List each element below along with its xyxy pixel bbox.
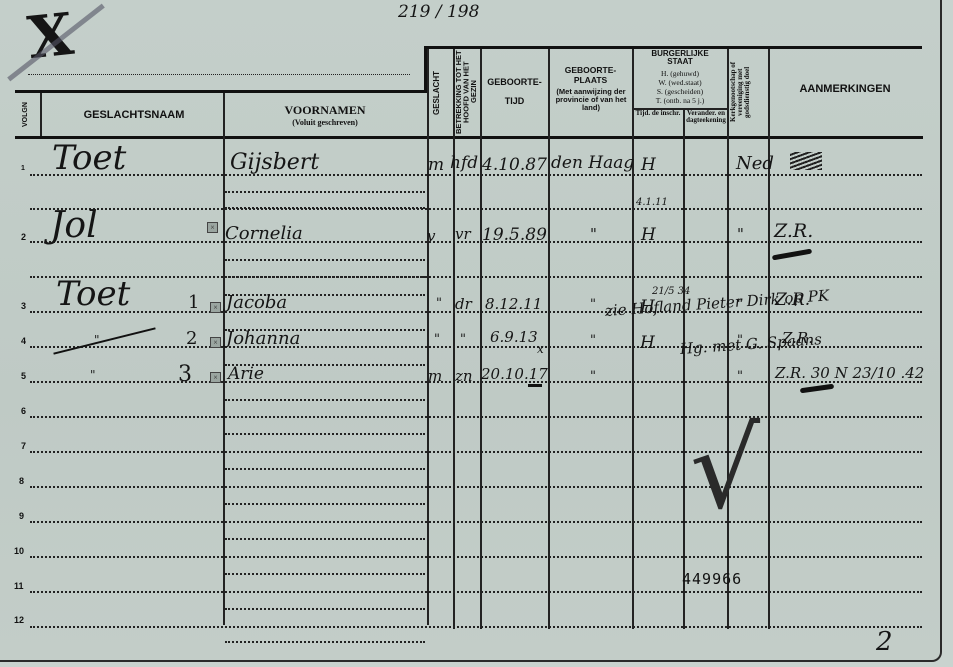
- row2-church: ": [737, 225, 744, 243]
- row-number: 7: [21, 441, 26, 451]
- row2-status: H: [641, 225, 656, 245]
- page-number: 2: [876, 627, 893, 657]
- row-number: 5: [21, 371, 26, 381]
- row1-birthdate: 4.10.87: [482, 155, 547, 175]
- header-bs-h: H. (gehuwd): [633, 70, 727, 78]
- row1-birthplace: den Haag: [551, 153, 634, 173]
- row-number: 4: [21, 336, 26, 346]
- stamp-number: 449966: [682, 570, 742, 588]
- check-mark: √: [690, 405, 760, 533]
- row5-relation: zn: [455, 367, 473, 385]
- header-voornamen-sub: (Voluit geschreven): [225, 119, 425, 127]
- row-rule: [30, 556, 922, 558]
- row1-firstname: Gijsbert: [230, 150, 319, 175]
- row4-relation: ": [460, 332, 466, 347]
- checkbox-marked: ×: [210, 372, 221, 383]
- row-number: 1: [21, 165, 25, 172]
- sub-row-rule: [225, 468, 425, 470]
- row5-underline-mark: [800, 384, 834, 394]
- reference-number: 219 / 198: [398, 2, 479, 22]
- header-bs-w: W. (wed.staat): [633, 79, 727, 87]
- header-aanmerkingen: AANMERKINGEN: [770, 84, 920, 96]
- header-bs-tijd: Tijd. de inschr.: [633, 110, 683, 117]
- row4-status: H: [640, 333, 655, 353]
- row3-firstname: Jacoba: [226, 292, 287, 313]
- row-number: 2: [21, 232, 26, 242]
- sub-row-rule: [225, 191, 425, 193]
- row1-surname: Toet: [52, 138, 126, 178]
- row5-firstname: Arie: [228, 364, 264, 384]
- row1-relation: hfd: [450, 153, 478, 173]
- row5-birthplace: ": [590, 369, 596, 384]
- row1-gender: m: [428, 155, 444, 175]
- row4-annotation: Hg. met G. Spaans: [679, 330, 822, 358]
- sub-row-rule: [225, 399, 425, 401]
- row2-birthplace: ": [590, 225, 597, 243]
- row1-status: H: [641, 155, 656, 175]
- row2-underline-mark: [772, 249, 812, 261]
- row5-remark: Z.R. 30 N 23/10 .42: [775, 364, 924, 382]
- row4-birthdate: 6.9.13: [490, 328, 538, 346]
- header-kerkgenootschap: Kerkgenootschap of vereeniging met godsd…: [730, 50, 766, 134]
- header-geboortetijd-2: TIJD: [481, 97, 548, 106]
- header-geboortetijd-1: GEBOORTE-: [481, 78, 548, 87]
- row2-firstname: Cornelia: [225, 223, 303, 244]
- sub-row-rule: [225, 259, 425, 261]
- row-rule: [30, 591, 922, 593]
- row2-status-date: 4.1.11: [636, 197, 668, 208]
- row-number: 6: [21, 406, 26, 416]
- row-number: 11: [14, 581, 24, 591]
- row4-birthplace: ": [590, 333, 596, 348]
- row2-gender: v: [427, 227, 435, 245]
- row-rule: [30, 276, 922, 278]
- row-number: 8: [19, 476, 24, 486]
- row3-birthplace: ": [590, 297, 596, 312]
- row5-child-number: 3: [178, 362, 192, 387]
- header-bs-t: T. (ontb. na 5 j.): [633, 97, 727, 105]
- row-rule: [30, 486, 922, 488]
- row5-underline-mark: [528, 384, 542, 387]
- sub-row-rule: [225, 503, 425, 505]
- row2-surname: Jol: [50, 205, 98, 246]
- header-geboorteplaats-1: GEBOORTE-: [549, 66, 632, 75]
- row2-remark: Z.R.: [774, 220, 813, 242]
- header-bs-s: S. (gescheiden): [633, 88, 727, 96]
- checkbox-marked: ×: [210, 337, 221, 348]
- row-rule: [30, 174, 922, 176]
- row4-strike-line: [53, 327, 155, 354]
- row-rule: [30, 311, 922, 313]
- row2-relation: vr: [455, 225, 471, 243]
- row5-birthdate: 20.10.17: [481, 365, 548, 383]
- sub-row-rule: [225, 573, 425, 575]
- row-number: 12: [14, 615, 24, 625]
- row3-birthdate: 8.12.11: [485, 295, 542, 313]
- row1-scribble: [790, 152, 822, 170]
- header-bs-verander: Verander. en dagteekening: [685, 110, 727, 125]
- checkbox-marked: ×: [207, 222, 218, 233]
- row3-surname: Toet: [56, 274, 130, 314]
- header-betrekking: BETREKKING TOT HET HOOFD VAN HET GEZIN: [455, 50, 479, 134]
- header-geboorteplaats-sub: (Met aanwijzing der provincie of van het…: [552, 88, 630, 112]
- row4-surname: ": [94, 333, 100, 347]
- family-register-card: X 219 / 198 VOLGN GESLACHTSNAAM VOORNAME…: [0, 0, 942, 662]
- row4-birthdate-mark: x: [537, 342, 544, 356]
- header-geslacht: GESLACHT: [433, 52, 441, 134]
- header-voornamen: VOORNAMEN: [225, 104, 425, 117]
- row4-gender: ": [434, 332, 440, 347]
- row4-child-number: 2: [186, 328, 197, 349]
- row-number: 3: [21, 301, 26, 311]
- header-volg: VOLGN: [22, 96, 29, 134]
- row3-relation: dr: [455, 295, 472, 313]
- row3-annotation: zie Hofland Pieter Dirk op PK: [604, 286, 829, 320]
- row5-church: ": [737, 369, 743, 384]
- header-geslachtsnaam: GESLACHTSNAAM: [44, 110, 224, 122]
- header-geboorteplaats-2: PLAATS: [549, 76, 632, 85]
- row-rule: [30, 451, 922, 453]
- row2-birthdate: 19.5.89: [482, 225, 547, 245]
- row1-church: Ned: [736, 153, 774, 174]
- sub-row-rule: [225, 641, 425, 643]
- row5-gender: m: [428, 367, 442, 385]
- row4-firstname: Johanna: [226, 328, 300, 349]
- row-rule: [30, 208, 922, 210]
- sub-row-rule: [225, 608, 425, 610]
- row5-surname: ": [90, 368, 96, 382]
- row-rule: [30, 626, 922, 628]
- header-burgerlijke-staat: BURGERLIJKE STAAT: [640, 50, 720, 67]
- row-rule: [30, 416, 922, 418]
- sub-row-rule: [225, 433, 425, 435]
- row-number: 9: [19, 511, 24, 521]
- row-number: 10: [14, 546, 24, 556]
- row-rule: [30, 521, 922, 523]
- row3-gender: ": [436, 296, 442, 311]
- checkbox-marked: ×: [210, 302, 221, 313]
- row3-child-number: 1: [188, 292, 199, 313]
- sub-row-rule: [225, 538, 425, 540]
